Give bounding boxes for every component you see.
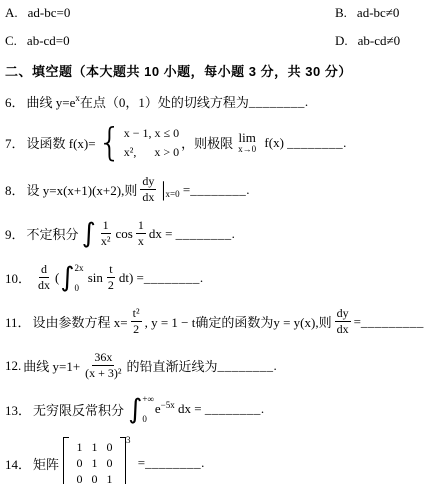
equals-sign: = [180,182,191,198]
upper-limit: 2x [74,263,83,273]
fraction-numerator: dy [140,174,156,190]
fraction-denominator: 2 [131,322,141,337]
fraction-denominator: dx [36,278,52,293]
integral-limits: +∞ 0 [142,394,154,424]
matrix-cell: 0 [87,473,102,484]
lower-limit: 0 [74,283,83,293]
rational-fraction: 36x (x + 3)² [83,350,123,381]
option-b-text: ad-bc≠0 [357,5,400,21]
cos-text: cos [115,226,132,242]
question-11-number: 11． [5,312,31,331]
question-7-text2: ，则极限 [181,133,233,152]
matrix-cell: 1 [87,457,102,469]
fraction-denominator: 2 [106,278,116,293]
question-9-text: 不定积分 [27,224,82,243]
question-13-number: 13． [5,400,31,419]
question-7: 7． 设函数 f(x)= { x − 1, x ≤ 0 x², x > 0 ，则… [5,124,431,161]
option-b: B. ad-bc≠0 [335,5,399,21]
matrix-cells: 1 1 0 0 1 0 0 0 1 [69,437,120,484]
exam-page: A. ad-bc=0 B. ad-bc≠0 C. ab-cd=0 D. ab-c… [0,0,435,484]
sin-text: sin [84,270,102,286]
dt-equals: dt) = [119,270,144,286]
answer-blank: ________ [144,270,200,286]
integrand-fraction-1: 1 x² [99,218,113,249]
question-8-text: 设 y=x(x+1)(x+2),则 [27,180,138,199]
lim-word: lim [239,131,256,145]
integral-icon: ∫ [60,264,74,291]
lim-subscript: x→0 [238,145,256,154]
lower-limit: 0 [142,414,154,424]
question-11-text: 设由参数方程 x= [33,312,128,331]
fraction-numerator: t² [131,306,142,322]
matrix-cell: 1 [87,441,102,453]
matrix-cell: 0 [102,457,117,469]
question-7-number: 7． [5,133,25,152]
fraction-numerator: dy [335,306,351,322]
question-13: 13． 无穷限反常积分 ∫ +∞ 0 e −5x dx = ________ . [5,394,431,424]
answer-blank: ________ [287,135,343,151]
definite-integral: ∫ +∞ 0 [128,394,154,424]
integral-limits: 2x 0 [74,263,83,293]
question-6-text2: 在点（0，1）处的切线方程为 [80,92,249,111]
matrix-cell: 0 [102,441,117,453]
period: . [343,135,346,151]
case-lines: x − 1, x ≤ 0 x², x > 0 [124,124,179,161]
matrix: 1 1 0 0 1 0 0 0 1 3 [63,437,131,484]
question-14-text: 矩阵 [33,454,59,473]
fraction-numerator: 1 [101,218,111,234]
dx-equals: dx = [149,226,176,242]
dx-equals: dx = [175,401,205,417]
piecewise-function: { x − 1, x ≤ 0 x², x > 0 [98,124,180,161]
answer-blank: _________ [361,314,424,330]
answer-blank: ________ [145,455,201,471]
question-7-text: 设函数 f(x)= [27,133,96,152]
exponent-neg-5x: −5x [161,400,175,410]
case-2: x², x > 0 [124,143,179,162]
fraction-numerator: d [39,262,49,278]
fraction-numerator: 1 [136,218,146,234]
limit-symbol: lim x→0 [238,131,256,154]
option-a-label: A. [5,5,18,21]
answer-blank: ________ [218,358,274,374]
question-12-text2: 的铅直渐近线为 [127,356,218,375]
period: . [274,358,277,374]
integral-icon: ∫ [128,396,142,423]
question-9: 9． 不定积分 ∫ 1 x² cos 1 x dx = ________ . [5,218,431,249]
option-a-text: ad-bc=0 [28,5,71,21]
period: . [305,94,308,110]
question-12-number: 12. [5,358,21,374]
answer-blank: ________ [176,226,232,242]
answer-blank: ________ [190,182,246,198]
derivative-fraction: dy dx [335,306,351,337]
fraction-denominator: dx [335,322,351,337]
upper-limit: +∞ [142,394,154,404]
open-paren: ( [55,270,59,286]
question-6-number: 6． [5,92,25,111]
integrand-fraction-2: 1 x [136,218,146,249]
option-b-label: B. [335,5,347,21]
question-9-number: 9． [5,224,25,243]
exponent-x: x [75,93,80,103]
question-6-text: 曲线 y=e [27,92,76,111]
question-11-text2: , y = 1 − t确定的函数为y = y(x),则 [145,312,332,331]
derivative-fraction: dy dx [140,174,156,205]
option-d-label: D. [335,33,348,49]
question-8: 8． 设 y=x(x+1)(x+2),则 dy dx | x=0 = _____… [5,174,431,205]
equals-sign: = [354,314,361,330]
period: . [201,455,204,471]
matrix-cell: 1 [102,473,117,484]
question-12-text: 曲线 y=1+ [23,356,80,375]
matrix-cell: 0 [72,473,87,484]
section-header: 二、填空题（本大题共 10 小题，每小题 3 分，共 30 分） [5,61,431,80]
fraction-denominator: x² [99,234,113,249]
definite-integral: ∫ 2x 0 [60,263,83,293]
option-row-cd: C. ab-cd=0 D. ab-cd≠0 [5,33,431,49]
derivative-fraction: d dx [36,262,52,293]
fraction-denominator: dx [140,190,156,205]
option-d: D. ab-cd≠0 [335,33,400,49]
case-1: x − 1, x ≤ 0 [124,124,179,143]
period: . [232,226,235,242]
answer-blank: ________ [205,401,261,417]
integral-icon: ∫ [82,220,96,247]
question-11: 11． 设由参数方程 x= t² 2 , y = 1 − t确定的函数为y = … [5,306,431,337]
option-c-text: ab-cd=0 [27,33,70,49]
question-10: 10． d dx ( ∫ 2x 0 sin t 2 dt) = ________… [5,262,431,293]
matrix-exponent: 3 [126,435,131,445]
equals-sign: = [135,455,146,471]
fraction-denominator: (x + 3)² [83,366,123,381]
question-8-number: 8． [5,180,25,199]
option-c-label: C. [5,33,17,49]
question-12: 12. 曲线 y=1+ 36x (x + 3)² 的铅直渐近线为 _______… [5,350,431,381]
fraction-numerator: t [107,262,114,278]
question-7-text3: f(x) [261,135,287,151]
parametric-fraction: t² 2 [131,306,142,337]
evaluation-subscript: x=0 [166,189,180,199]
question-10-number: 10． [5,268,31,287]
answer-blank: ________ [249,94,305,110]
question-14-number: 14． [5,454,31,473]
question-14: 14． 矩阵 1 1 0 0 1 0 0 0 1 3 = ________ . [5,437,431,484]
option-d-text: ab-cd≠0 [358,33,401,49]
matrix-cell: 0 [72,457,87,469]
period: . [200,270,203,286]
option-a: A. ad-bc=0 [5,5,335,21]
period: . [246,182,249,198]
fraction-numerator: 36x [92,350,114,366]
question-6: 6． 曲线 y=e x 在点（0，1）处的切线方程为 ________ . [5,92,431,111]
period: . [261,401,264,417]
left-brace: { [98,126,122,158]
option-c: C. ab-cd=0 [5,33,335,49]
fraction-denominator: x [136,234,146,249]
option-row-ab: A. ad-bc=0 B. ad-bc≠0 [5,5,431,21]
integrand-fraction: t 2 [106,262,116,293]
question-13-text: 无穷限反常积分 [33,400,127,419]
matrix-cell: 1 [72,441,87,453]
